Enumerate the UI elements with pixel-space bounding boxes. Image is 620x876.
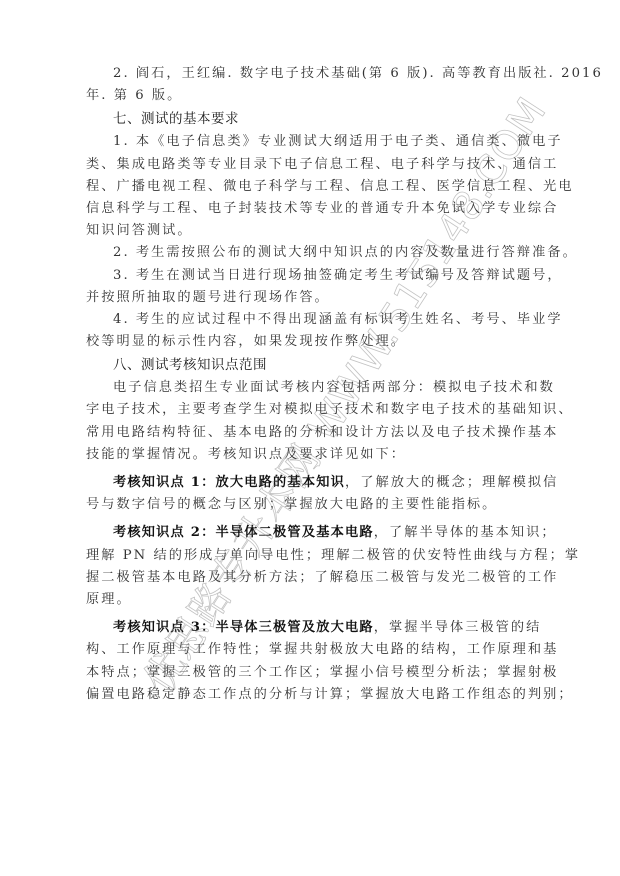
paragraph-line: 号与数字信号的概念与区别；掌握放大电路的主要性能指标。 [86,494,542,516]
paragraph-line: 信息科学与工程、电子封装技术等专业的普通专升本免试入学专业综合 [86,198,542,220]
paragraph-line: 校等明显的标示性内容，如果发现按作弊处理。 [86,331,542,353]
paragraph-line: 考核知识点 2：半导体二极管及基本电路，了解半导体的基本知识； [86,522,542,544]
paragraph-line: 本特点；掌握三极管的三个工作区；掌握小信号模型分析法；掌握射极 [86,662,542,684]
knowledge-point-2: 考核知识点 2：半导体二极管及基本电路，了解半导体的基本知识； 理解 PN 结的… [86,522,542,611]
requirement-item-4: 4. 考生的应试过程中不得出现涵盖有标识考生姓名、考号、毕业学 校等明显的标示性… [86,309,542,353]
document-body: 2. 阎石，王红编. 数字电子技术基础(第 6 版). 高等教育出版社. 201… [86,63,542,706]
paragraph-line: 类、集成电路类等专业目录下电子信息工程、电子科学与技术、通信工 [86,154,542,176]
paragraph-line: 构、工作原理与工作特性；掌握共射极放大电路的结构，工作原理和基 [86,639,542,661]
reference-line: 年. 第 6 版。 [86,85,542,107]
requirement-item-2: 2. 考生需按照公布的测试大纲中知识点的内容及数量进行答辩准备。 [86,242,542,264]
knowledge-point-label: 考核知识点 2：半导体二极管及基本电路 [113,525,374,540]
paragraph-line: 并按照所抽取的题号进行现场作答。 [86,287,542,309]
knowledge-point-label: 考核知识点 1：放大电路的基本知识 [113,475,345,490]
paragraph-line: 理解 PN 结的形成与单向导电性；理解二极管的伏安特性曲线与方程；掌 [86,545,542,567]
section-heading: 七、测试的基本要求 [86,107,542,131]
knowledge-point-text: ，了解放大的概念；理解模拟信 [345,475,558,490]
section8-intro: 电子信息类招生专业面试考核内容包括两部分：模拟电子技术和数 字电子技术，主要考查… [86,377,542,466]
paragraph-line: 1. 本《电子信息类》专业测试大纲适用于电子类、通信类、微电子 [86,131,542,153]
paragraph-line: 字电子技术，主要考查学生对模拟电子技术和数字电子技术的基础知识、 [86,399,542,421]
paragraph-line: 电子信息类招生专业面试考核内容包括两部分：模拟电子技术和数 [86,377,542,399]
paragraph-line: 握二极管基本电路及其分析方法；了解稳压二极管与发光二极管的工作 [86,567,542,589]
paragraph-line: 知识问答测试。 [86,220,542,242]
paragraph-line: 3. 考生在测试当日进行现场抽签确定考生考试编号及答辩试题号， [86,265,542,287]
document-page: 2. 阎石，王红编. 数字电子技术基础(第 6 版). 高等教育出版社. 201… [0,0,620,876]
knowledge-point-1: 考核知识点 1：放大电路的基本知识，了解放大的概念；理解模拟信 号与数字信号的概… [86,472,542,516]
paragraph-line: 偏置电路稳定静态工作点的分析与计算；掌握放大电路工作组态的判别； [86,684,542,706]
requirement-item-3: 3. 考生在测试当日进行现场抽签确定考生考试编号及答辩试题号， 并按照所抽取的题… [86,265,542,309]
paragraph-line: 原理。 [86,589,542,611]
knowledge-point-text: ，掌握半导体三极管的结 [374,620,542,635]
paragraph-line: 4. 考生的应试过程中不得出现涵盖有标识考生姓名、考号、毕业学 [86,309,542,331]
knowledge-point-label: 考核知识点 3：半导体三极管及放大电路 [113,620,374,635]
knowledge-point-3: 考核知识点 3：半导体三极管及放大电路，掌握半导体三极管的结 构、工作原理与工作… [86,617,542,706]
paragraph-line: 常用电路结构特征、基本电路的分析和设计方法以及电子技术操作基本 [86,422,542,444]
section-heading: 八、测试考核知识点范围 [86,353,542,377]
reference-line: 2. 阎石，王红编. 数字电子技术基础(第 6 版). 高等教育出版社. 201… [86,63,542,85]
paragraph-line: 2. 考生需按照公布的测试大纲中知识点的内容及数量进行答辩准备。 [86,242,542,264]
paragraph-line: 技能的掌握情况。考核知识点及要求详见如下： [86,444,542,466]
paragraph-line: 考核知识点 3：半导体三极管及放大电路，掌握半导体三极管的结 [86,617,542,639]
requirement-item-1: 1. 本《电子信息类》专业测试大纲适用于电子类、通信类、微电子 类、集成电路类等… [86,131,542,242]
paragraph-line: 考核知识点 1：放大电路的基本知识，了解放大的概念；理解模拟信 [86,472,542,494]
knowledge-point-text: ，了解半导体的基本知识； [374,525,557,540]
paragraph-line: 程、广播电视工程、微电子科学与工程、信息工程、医学信息工程、光电 [86,176,542,198]
